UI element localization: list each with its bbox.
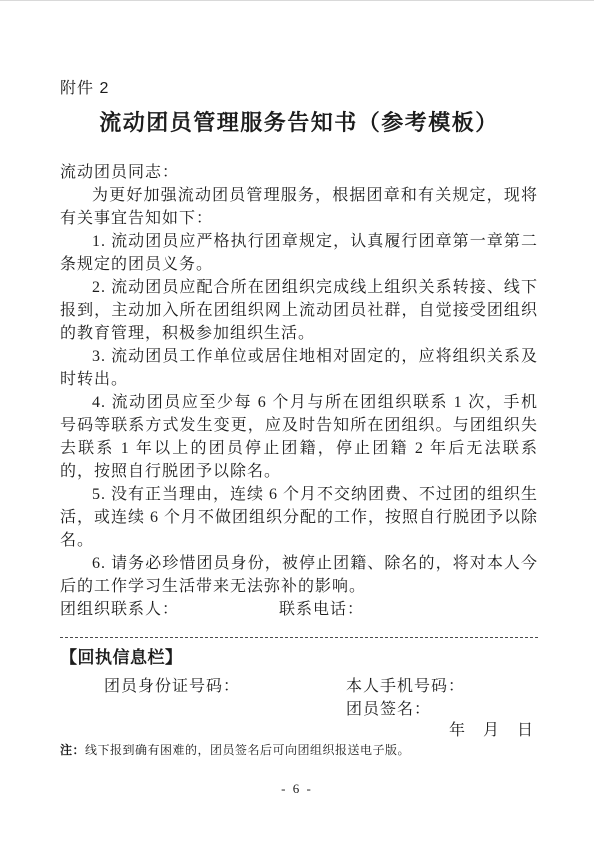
member-id-number-label: 团员身份证号码： [104, 673, 240, 696]
footnote: 注：线下报到确有困难的，团员签名后可向团组织报送电子版。 [60, 743, 538, 758]
document-title: 流动团员管理服务告知书（参考模板） [60, 106, 538, 137]
footnote-text: 线下报到确有困难的，团员签名后可向团组织报送电子版。 [85, 743, 410, 757]
member-signature-label: 团员签名： [346, 696, 431, 719]
date-fill-in-line: 年 月 日 [449, 717, 534, 740]
intro-paragraph: 为更好加强流动团员管理服务，根据团章和有关规定，现将有关事宜告知如下： [60, 184, 538, 230]
item-paragraph-5: 5. 没有正当理由，连续 6 个月不交纳团费、不过团的组织生活，或连续 6 个月… [60, 483, 538, 552]
salutation: 流动团员同志： [60, 161, 538, 184]
item-paragraph-4: 4. 流动团员应至少每 6 个月与所在团组织联系 1 次，手机号码等联系方式发生… [60, 391, 538, 483]
contact-line: 团组织联系人：联系电话： [60, 598, 538, 621]
contact-person-label: 团组织联系人： [60, 601, 179, 618]
receipt-fields: 团员身份证号码： 本人手机号码： 团员签名： 年 月 日 [60, 673, 538, 739]
contact-phone-label: 联系电话： [279, 601, 364, 618]
page-number: - 6 - [0, 781, 594, 797]
item-paragraph-2: 2. 流动团员应配合所在团组织完成线上组织关系转接、线下报到，主动加入所在团组织… [60, 276, 538, 345]
mobile-number-label: 本人手机号码： [346, 673, 465, 696]
receipt-separator-dashed-line [60, 637, 538, 638]
document-content: 附件 2 流动团员管理服务告知书（参考模板） 流动团员同志： 为更好加强流动团员… [60, 1, 538, 758]
item-paragraph-1: 1. 流动团员应严格执行团章规定，认真履行团章第一章第二条规定的团员义务。 [60, 230, 538, 276]
receipt-section-heading: 【回执信息栏】 [60, 643, 538, 668]
footnote-label: 注： [60, 743, 85, 757]
item-paragraph-3: 3. 流动团员工作单位或居住地相对固定的，应将组织关系及时转出。 [60, 345, 538, 391]
attachment-label: 附件 2 [60, 75, 538, 98]
document-page: 附件 2 流动团员管理服务告知书（参考模板） 流动团员同志： 为更好加强流动团员… [0, 0, 594, 841]
document-body: 流动团员同志： 为更好加强流动团员管理服务，根据团章和有关规定，现将有关事宜告知… [60, 161, 538, 621]
item-paragraph-6: 6. 请务必珍惜团员身份，被停止团籍、除名的，将对本人今后的工作学习生活带来无法… [60, 552, 538, 598]
